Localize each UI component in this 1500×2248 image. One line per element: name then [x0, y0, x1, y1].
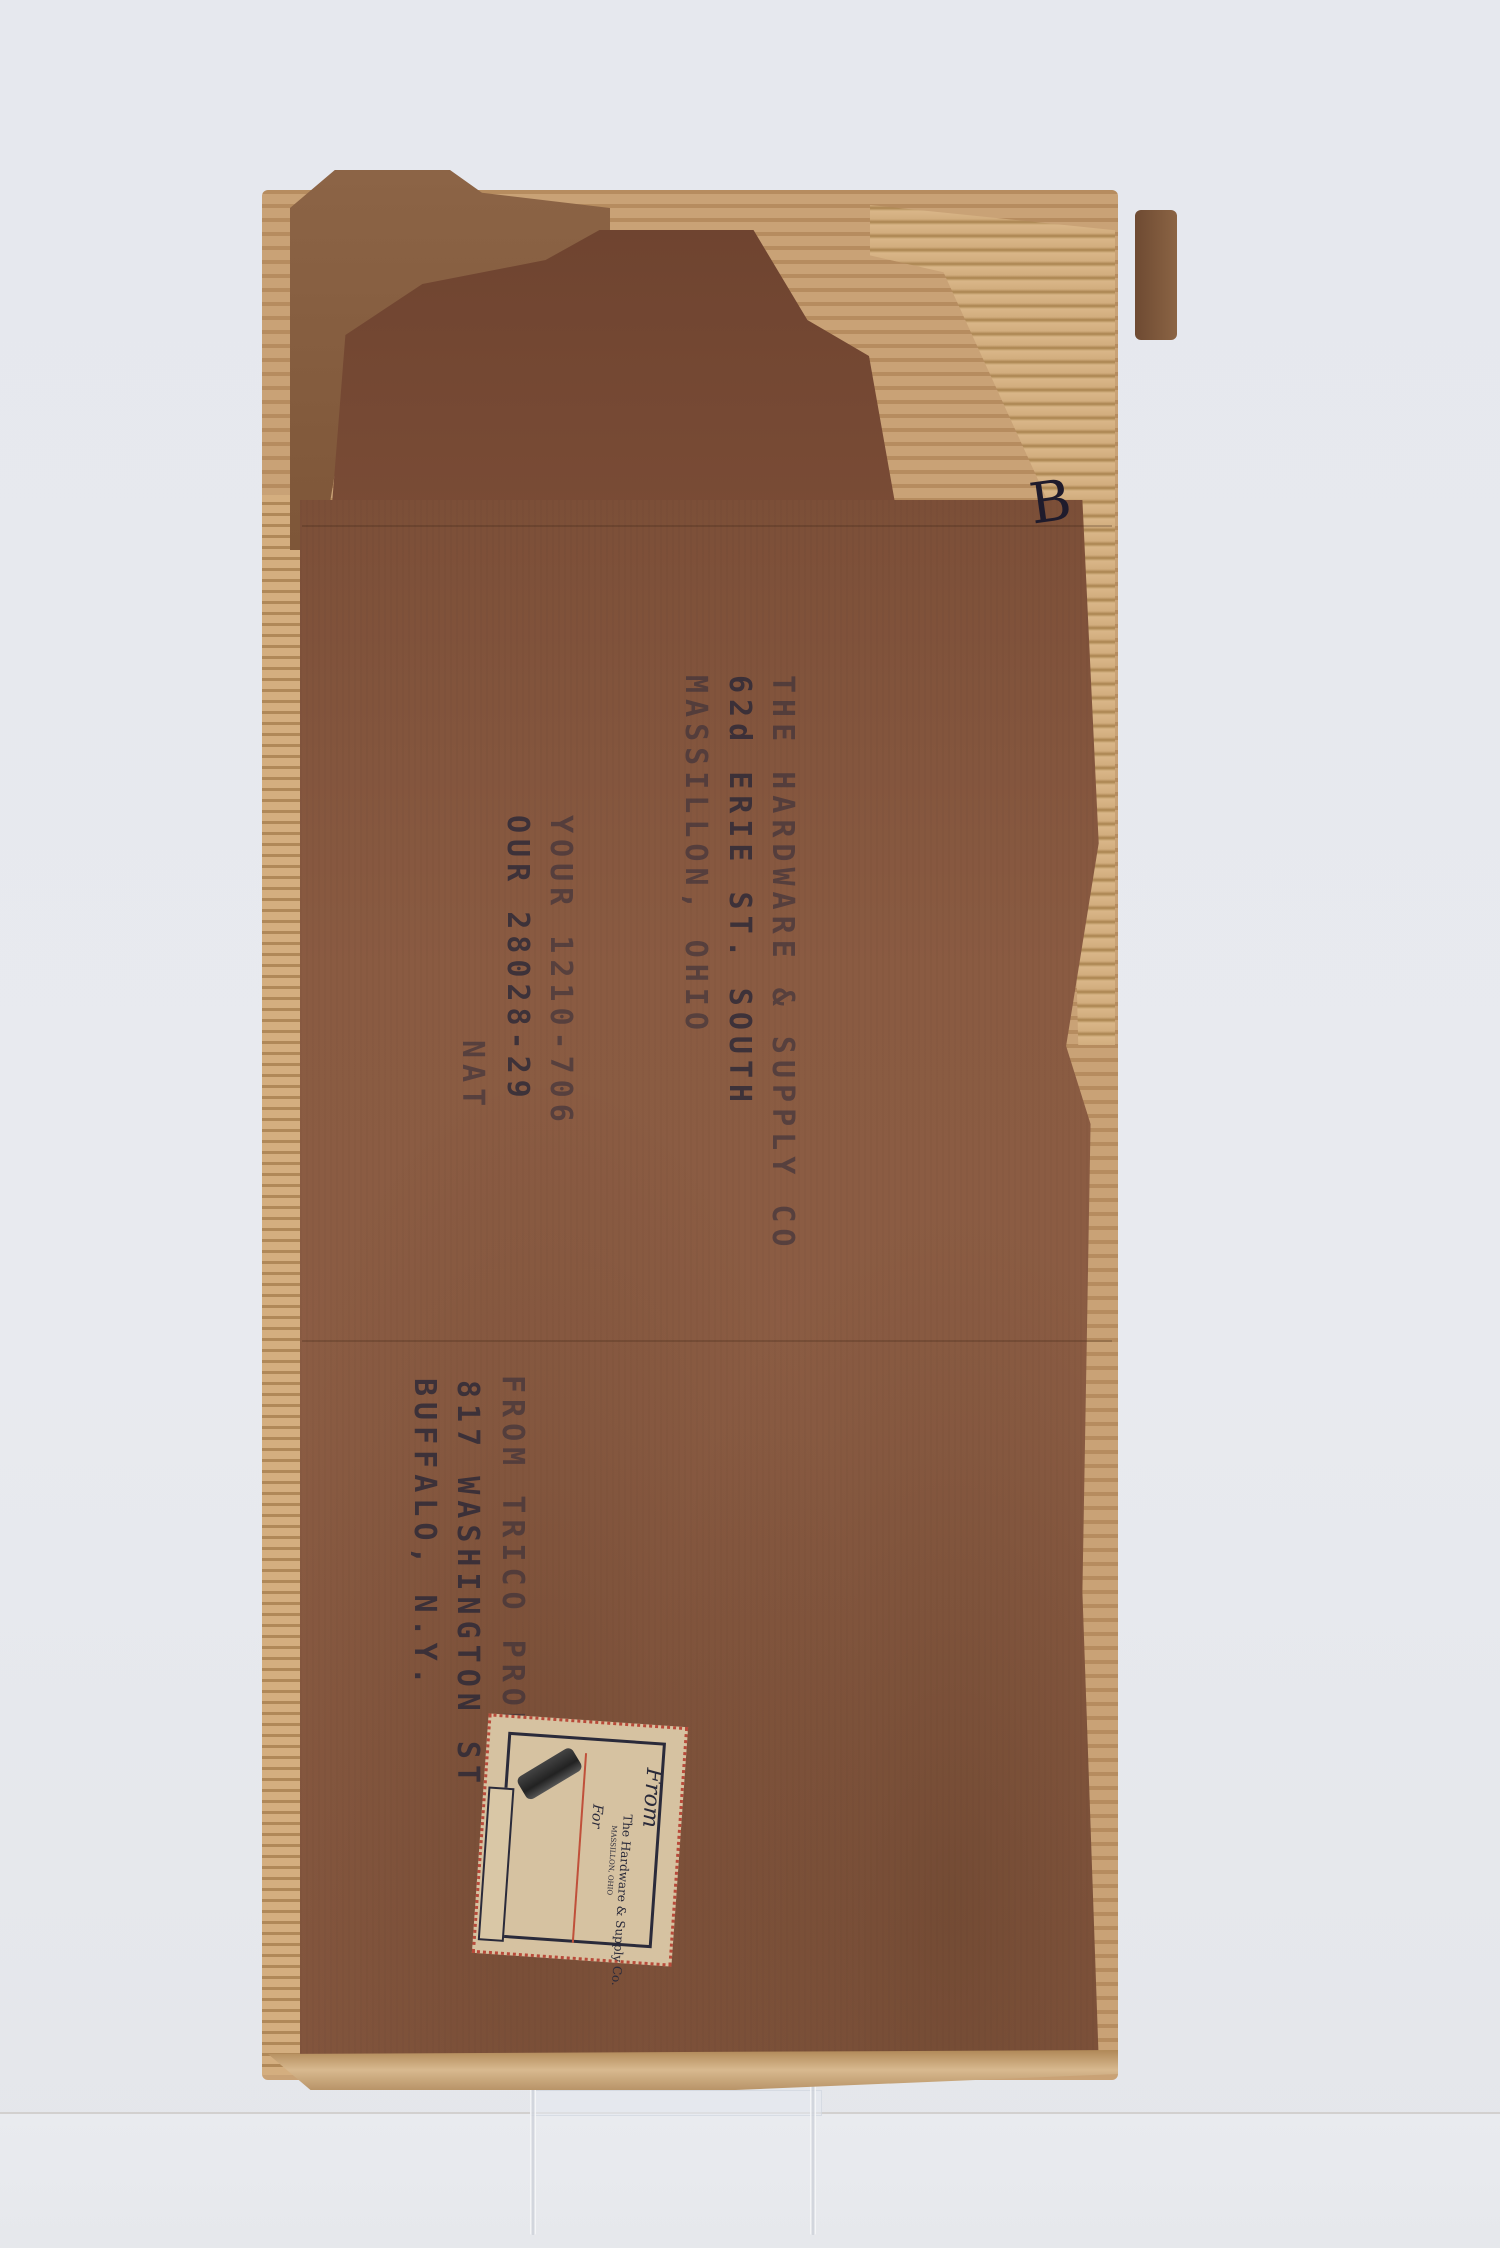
cardboard-tab — [1135, 210, 1177, 340]
acrylic-stand — [530, 2090, 822, 2116]
cardboard-left-edge — [262, 495, 306, 2075]
stencil-line: THE HARDWARE & SUPPLY CO — [765, 675, 800, 1252]
stencil-line: 817 WASHINGTON ST — [450, 1380, 485, 1789]
acrylic-stand-leg-right — [810, 2085, 816, 2235]
cardboard-bottom-edge — [268, 2050, 1118, 2090]
stencil-line: BUFFALO, N.Y. — [407, 1378, 442, 1691]
label-from: From — [637, 1767, 666, 1828]
floor-surface — [0, 2112, 1500, 2248]
stencil-line: NAT — [455, 1040, 490, 1112]
fold-line — [302, 525, 1112, 527]
stencil-line: 62d ERIE ST. SOUTH — [722, 675, 757, 1108]
stencil-line: OUR 28028-29 — [500, 815, 535, 1104]
label-for: For — [588, 1804, 606, 1829]
stencil-line: MASSILLON, OHIO — [678, 675, 713, 1036]
handwritten-mark: B — [1026, 467, 1076, 537]
acrylic-stand-leg-left — [530, 2085, 536, 2235]
shipping-label: From The Hardware & Supply Co. MASSILLON… — [472, 1713, 688, 1966]
stencil-line: YOUR 1210-706 — [543, 815, 578, 1128]
fold-line — [302, 1340, 1112, 1342]
